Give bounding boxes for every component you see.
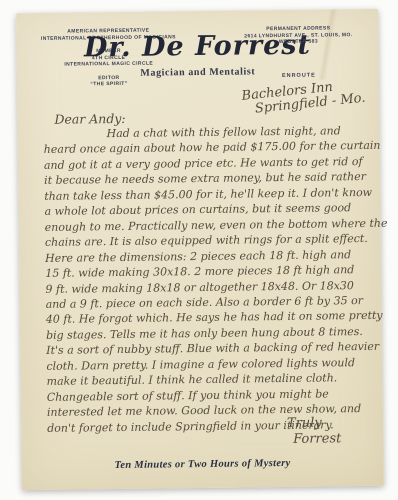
text-line: “THE SPIRIT”: [29, 80, 189, 88]
salutation: Dear Andy:: [54, 111, 125, 127]
signature-name: Forrest: [287, 431, 341, 448]
signature-closing: Truly: [287, 415, 341, 432]
signature-block: Truly Forrest: [287, 415, 342, 448]
letter-body: Had a chat with this fellow last night, …: [43, 123, 381, 436]
letterhead-permanent-address: PERMANENT ADDRESS2614 LYNDHURST AVE., ST…: [228, 25, 368, 46]
enroute-handwritten: Bachelors Inn Springfield - Mo.: [241, 78, 366, 118]
letter-paper: AMERICAN REPRESENTATIVEINTERNATIONAL BRO…: [16, 9, 384, 490]
footer-slogan: Ten Minutes or Two Hours of Mystery: [22, 457, 384, 472]
photo-background: AMERICAN REPRESENTATIVEINTERNATIONAL BRO…: [0, 0, 398, 500]
letterhead-right-block: PERMANENT ADDRESS2614 LYNDHURST AVE., ST…: [228, 25, 369, 80]
